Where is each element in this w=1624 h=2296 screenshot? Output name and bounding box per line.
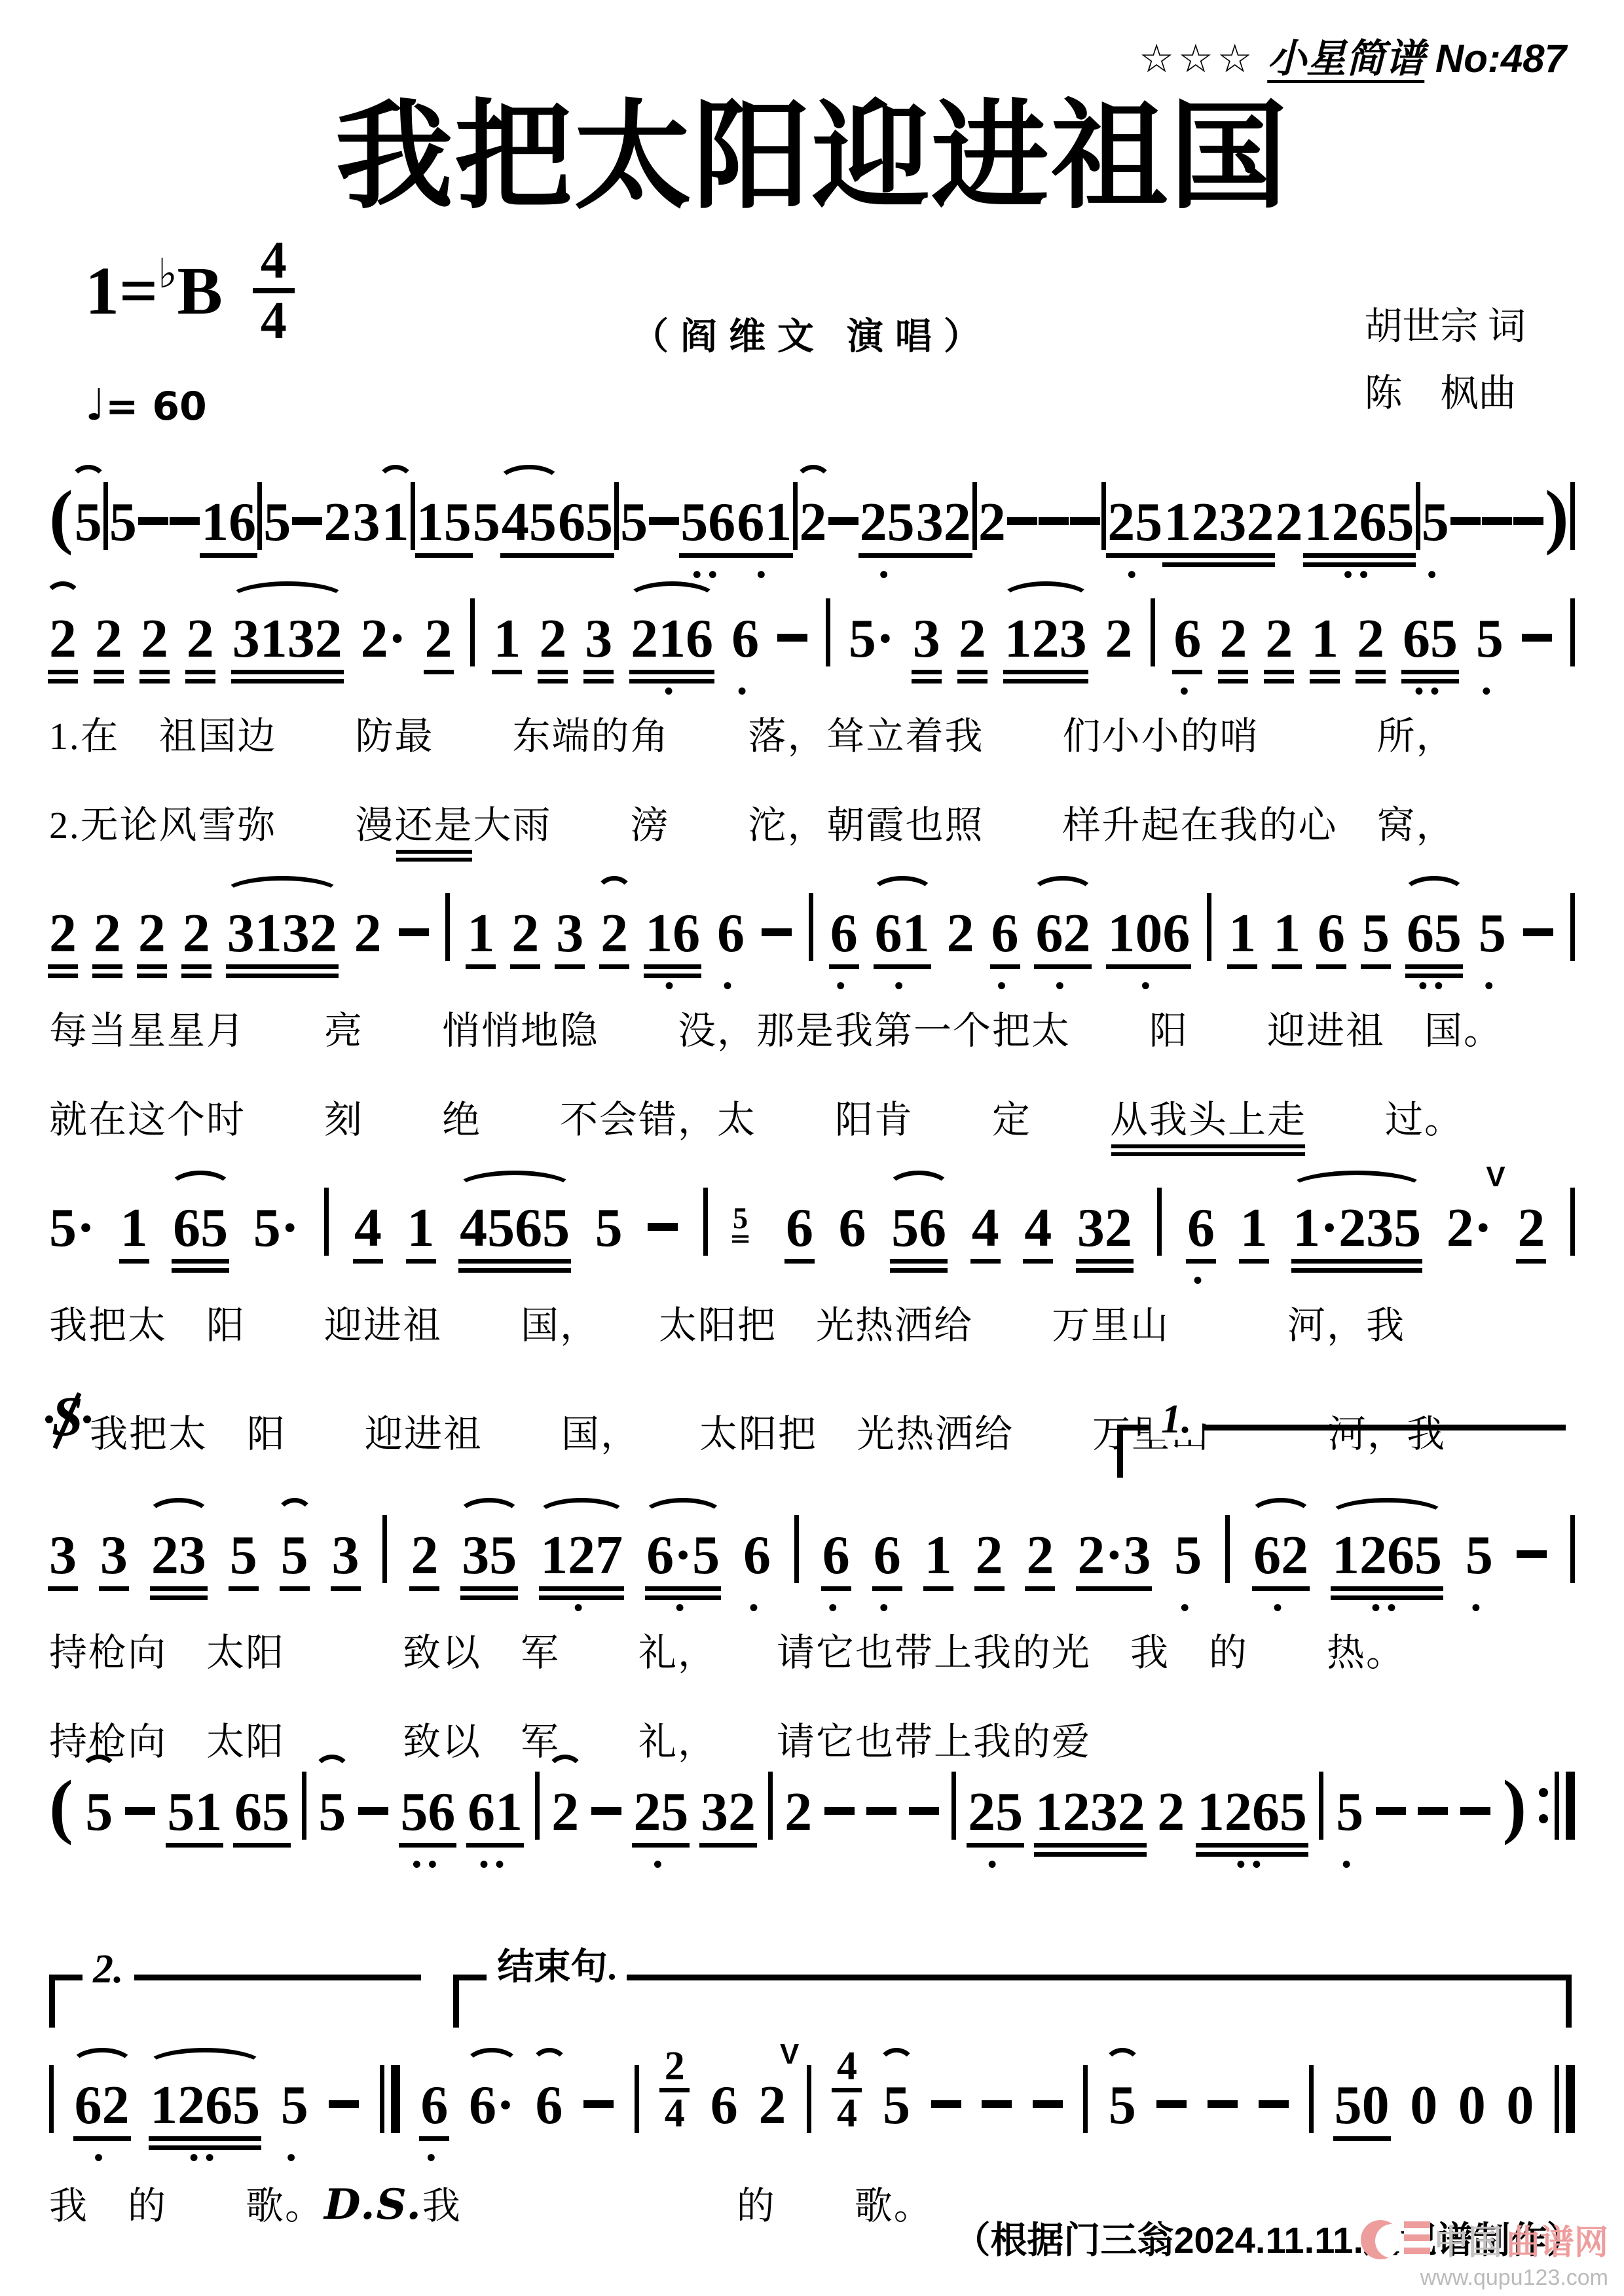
lyric-segment: 我把太 阳 迎进祖 国， 太阳把 光热洒给 万里山 河，我 (49, 1307, 1405, 1345)
notation-line: 5·1655·41456555665644326•11·2352·V2 (49, 1157, 1575, 1256)
beam-line (912, 679, 942, 683)
note-token: 1 (1228, 906, 1256, 961)
repeat-end-sign (1539, 1772, 1575, 1840)
note-token: 6• (874, 1528, 901, 1583)
note-token: 65•• (1403, 611, 1458, 666)
score-element (1566, 1772, 1575, 1840)
beam-line (1106, 553, 1164, 558)
watermark-url: www.qupu123.com (1361, 2265, 1608, 2291)
beam-line (1264, 670, 1294, 674)
lyric-segment: 从我头上走 (1110, 1101, 1306, 1139)
note-token: 2 (1517, 1201, 1545, 1256)
rest-dash (1070, 517, 1100, 525)
beam-line (1239, 1259, 1269, 1264)
barline (1570, 482, 1575, 550)
barline (1151, 598, 1155, 666)
beam-line (458, 1259, 571, 1264)
site-logo-bars-icon (1404, 2221, 1430, 2258)
site-watermark: 中国 曲谱网 www.qupu123.com (1361, 2215, 1608, 2291)
barline (807, 2065, 811, 2133)
beam-line (1106, 964, 1191, 969)
beam-line (557, 553, 614, 558)
octave-dots: • (731, 678, 759, 704)
volta-bracket: 2. (49, 1975, 421, 2028)
rest-dash (1156, 2100, 1187, 2108)
octave-dots: •• (1403, 678, 1458, 704)
rest-dash (931, 2100, 961, 2108)
tie-arc-icon (877, 2048, 915, 2085)
rest-dash (1007, 517, 1037, 525)
octave-dots: • (1187, 1267, 1215, 1294)
key-prefix: 1= (85, 252, 158, 330)
rest-dash (1039, 517, 1069, 525)
rest-dash (1208, 2100, 1238, 2108)
note-token: 2·V (1447, 1201, 1492, 1256)
note-token: 4 (972, 1201, 999, 1256)
note-token: 6 (839, 1201, 866, 1256)
beam-line (331, 1586, 361, 1591)
flat-icon: ♭ (158, 249, 177, 298)
notation-line: 222231322·2123216•6•5·3212326•221265••5• (49, 568, 1575, 666)
beam-line (1331, 1586, 1443, 1591)
note-token: 6 (536, 2078, 563, 2133)
note-token: 1232 (1164, 495, 1274, 550)
note-token: 2 (323, 495, 351, 550)
beam-line (137, 964, 167, 969)
repeat-dots (1539, 1772, 1548, 1840)
rest-dash (648, 1223, 678, 1231)
rest-dash (1523, 928, 1553, 936)
score-element (380, 2065, 384, 2133)
octave-dots: • (1174, 1595, 1202, 1621)
score-element (1555, 2065, 1559, 2133)
note-token: 123 (1005, 611, 1087, 666)
ts-bottom: 4 (837, 2094, 857, 2133)
octave-dots: • (1466, 1595, 1493, 1621)
note-token: 2 (138, 906, 166, 961)
key-letter: B (177, 252, 223, 330)
volta-bracket: 结束句. (453, 1975, 1571, 2028)
breath-mark-icon: V (780, 2040, 799, 2069)
score-element (1555, 1772, 1559, 1840)
note-token: 2 (1275, 495, 1302, 550)
barline (826, 598, 830, 666)
beam-line (1218, 670, 1248, 674)
lyric-line: 持枪向 太阳 致以 军 礼， 请它也带上我的光 我 的 热。 (49, 1634, 1575, 1672)
note-token: 5 (733, 1203, 748, 1233)
note-token: 2 (959, 611, 986, 666)
note-token: 5· (49, 1201, 95, 1256)
note-token: 62• (1253, 1528, 1308, 1583)
beam-line (1003, 670, 1088, 674)
music-system: (551652311554565556••61•225•32225•123221… (49, 452, 1575, 550)
music-system: 222231322·2123216•6•5·3212326•221265••5•… (49, 568, 1575, 845)
note-token: 1 (1311, 611, 1338, 666)
barline (470, 598, 475, 666)
beam-line (1023, 1259, 1053, 1264)
note-token: 3 (49, 1528, 77, 1583)
beam-line (233, 1843, 291, 1848)
beam-line (1218, 679, 1248, 683)
lyric-line: 我把太 阳 迎进祖 国， 太阳把 光热洒给 万里山 河，我 (49, 1307, 1575, 1345)
volta-bracket: 1. (1117, 1425, 1566, 1478)
beam-line (226, 964, 339, 969)
note-token: 5• (1479, 906, 1506, 961)
note-token: 6 (710, 2078, 738, 2133)
barline (614, 482, 619, 550)
note-token: 50 (1335, 2078, 1390, 2133)
beam-line (48, 974, 78, 978)
barline (1319, 1772, 1323, 1840)
note-token: 1·235 (1293, 1201, 1421, 1256)
beam-line (231, 670, 344, 674)
note-token: 1 (925, 1528, 952, 1583)
tie-arc-icon (222, 876, 342, 913)
barline (1207, 893, 1211, 961)
note-token: 5 (318, 1785, 346, 1840)
note-token: 2 (425, 611, 452, 666)
note-token: 2 (947, 906, 974, 961)
beam-line (599, 964, 629, 969)
beam-line (510, 964, 540, 969)
lyric-segment: 每当星星月 亮 悄悄地隐 没，那是我第一个把太 阳 迎进祖 国。 (49, 1012, 1503, 1050)
lyric-segment: 持枪向 太阳 致以 军 礼， 请它也带上我的光 我 的 热。 (49, 1634, 1405, 1672)
dal-segno-mark: D.S. (324, 2184, 422, 2226)
barline (1101, 482, 1106, 550)
note-token: 2·3 (1077, 1528, 1151, 1583)
note-token: 2 (354, 906, 382, 961)
note-token: 2 (49, 906, 77, 961)
note-token: 51 (167, 1785, 222, 1840)
tie-arc-icon (454, 1171, 575, 1207)
tie-arc-icon (546, 1755, 584, 1791)
octave-dots: •• (400, 1851, 455, 1878)
rest-dash (866, 1807, 896, 1815)
note-token: 2 (784, 1785, 812, 1840)
beam-line (1401, 670, 1459, 674)
rest-dash (649, 517, 679, 525)
segno-dot (45, 1415, 53, 1423)
barline (951, 1772, 956, 1840)
beam-line (149, 2136, 261, 2141)
time-signature: 4 4 (253, 236, 295, 346)
note-token: 1232 (1035, 1785, 1145, 1840)
tempo-equals: = (105, 384, 138, 429)
notation-line: (55165556••61••225•32225•123221265••5•) (49, 1741, 1575, 1840)
note-token: 2 (49, 611, 77, 666)
octave-dots: •• (1407, 973, 1462, 999)
meter-bottom: 4 (261, 296, 287, 346)
octave-dots: • (822, 1595, 850, 1621)
barline (635, 2065, 639, 2133)
rest-dash (1517, 1550, 1547, 1558)
beam-line (1034, 1852, 1147, 1857)
note-token: 2 (800, 495, 827, 550)
beam-line (150, 1586, 208, 1591)
rest-dash (1418, 1807, 1448, 1815)
tie-arc-icon (168, 1171, 233, 1207)
note-token: 4 (354, 1201, 382, 1256)
note-token: 1 (382, 495, 409, 550)
note-token: 127• (540, 1528, 623, 1583)
beam-line (226, 974, 339, 978)
tie-arc-icon (1401, 876, 1467, 913)
note-token: 6• (731, 611, 759, 666)
tie-arc-icon (227, 581, 348, 618)
beam-line (1316, 964, 1346, 969)
double-barline (1555, 2065, 1575, 2133)
beam-line (99, 1586, 129, 1591)
beam-line (172, 1268, 229, 1273)
note-token: 1265•• (1197, 1785, 1307, 1840)
beam-line (1076, 1268, 1134, 1273)
tie-arc-icon (1287, 1171, 1426, 1207)
beam-line (492, 670, 522, 674)
note-token: 2 (95, 611, 122, 666)
note-token: 0 (1458, 2078, 1486, 2133)
rest-dash (1450, 517, 1481, 525)
site-logo-icon (1361, 2220, 1400, 2259)
watermark-cn-gray: 中国 (1434, 2215, 1502, 2264)
note-token: 2 (600, 906, 628, 961)
note-token: 6• (991, 906, 1019, 961)
note-token: 5 (1109, 2078, 1136, 2133)
lyric-segment: 我 的 歌。 (49, 2187, 324, 2225)
tie-arc-icon (1103, 2048, 1141, 2085)
barline (49, 2065, 54, 2133)
tie-arc-icon (496, 465, 562, 501)
lyric-underline (396, 858, 472, 862)
note-token: 23 (151, 1528, 206, 1583)
music-system: (55165556••61••225•32225•123221265••5•) (49, 1741, 1575, 1840)
note-token: 62• (1035, 906, 1090, 961)
note-token: 1265•• (1332, 1528, 1442, 1583)
tie-arc-icon (44, 581, 82, 618)
note-token: 32 (1077, 1201, 1132, 1256)
octave-dots: • (1336, 1851, 1363, 1878)
tie-arc-icon (146, 1498, 212, 1535)
note-token: 2 (1026, 1528, 1054, 1583)
barline (1570, 598, 1575, 666)
beam-line (1291, 1268, 1422, 1273)
stars-icon: ☆☆☆ (1139, 37, 1256, 81)
beam-line (555, 964, 585, 969)
note-token: 2 (539, 611, 566, 666)
beam-line (415, 553, 473, 558)
beam-line (119, 1259, 149, 1264)
rest-dash (762, 928, 792, 936)
segno-icon: S (49, 1396, 86, 1447)
note-token: 6 (1318, 906, 1345, 961)
note-token: 16• (645, 906, 700, 961)
credits: 胡世宗 词 陈 枫曲 (1364, 293, 1526, 426)
note-token: 65 (558, 495, 613, 550)
note-token: 3 (556, 906, 583, 961)
rest-dash (777, 634, 807, 642)
octave-dots: • (420, 2145, 448, 2171)
beam-line (645, 1586, 721, 1591)
beam-line (1310, 670, 1340, 674)
barline (1570, 1515, 1575, 1583)
octave-dots: • (875, 973, 930, 999)
beam-line (629, 670, 714, 674)
barline (972, 482, 977, 550)
note-token: 2V (758, 2078, 786, 2133)
rest-dash (1460, 1807, 1490, 1815)
note-token: 65 (234, 1785, 289, 1840)
tie-arc-icon (1248, 1498, 1314, 1535)
beam-line (1162, 562, 1275, 567)
quarter-note-icon: ♩ (85, 380, 105, 430)
beam-line (644, 964, 701, 969)
beam-line (200, 553, 257, 558)
beam-line (185, 670, 215, 674)
note-token: 3132 (227, 906, 337, 961)
barline (1309, 2065, 1314, 2133)
note-token: 3 (913, 611, 940, 666)
beam-line (732, 1240, 748, 1243)
rest-dash (583, 2100, 614, 2108)
note-token: 5 (109, 495, 137, 550)
note-token: 2 (1357, 611, 1384, 666)
rest-dash (828, 517, 858, 525)
note-token: 5• (1476, 611, 1504, 666)
lyric-line: 每当星星月 亮 悄悄地隐 没，那是我第一个把太 阳 迎进祖 国。 (49, 1012, 1575, 1050)
octave-dots: • (1173, 678, 1201, 704)
octave-dots: • (75, 2145, 130, 2171)
octave-dots: • (281, 2145, 308, 2171)
volta-label: 2. (83, 1949, 134, 1990)
barline (324, 1188, 329, 1256)
octave-dots: •• (1197, 1851, 1307, 1878)
note-token: 3 (585, 611, 612, 666)
beam-line (181, 964, 212, 969)
tie-arc-icon (464, 2048, 520, 2085)
note-token: 2 (187, 611, 214, 666)
lyricist: 胡世宗 词 (1364, 293, 1526, 360)
beam-line (419, 2136, 449, 2141)
note-token: 1265•• (150, 2078, 260, 2133)
ts-top: 2 (665, 2047, 685, 2086)
inline-time-signature: 44 (832, 2047, 862, 2133)
notation-line: 3323553235127•6·5•6•6•6•1222·35•62•1265•… (49, 1485, 1575, 1583)
note-token: 61•• (468, 1785, 523, 1840)
octave-dots: •• (468, 1851, 523, 1878)
octave-dots: • (830, 973, 858, 999)
note-token: 62• (75, 2078, 130, 2133)
beam-line (181, 974, 212, 978)
note-token: 5· (849, 611, 895, 666)
beam-line (990, 964, 1020, 969)
volta-label: 1. (1151, 1399, 1202, 1440)
beam-line (632, 1843, 690, 1848)
beam-line (1186, 1259, 1216, 1264)
phrase-paren: ) (1502, 1772, 1526, 1840)
beam-line (409, 1586, 439, 1591)
lyric-line: 2.无论风雪弥 漫还是大雨 滂 沱，朝霞也照 样升起在我的心 窝， (49, 807, 1575, 845)
tie-arc-icon (1030, 876, 1096, 913)
beam-line (872, 1586, 902, 1591)
phrase-paren: ( (49, 1772, 73, 1840)
note-token: 25• (633, 1785, 688, 1840)
note-token: 2 (1265, 611, 1293, 666)
rest-dash (292, 517, 322, 525)
octave-dots: • (968, 1851, 1023, 1878)
note-token: 25• (860, 495, 915, 550)
note-token: 1 (407, 1201, 435, 1256)
beam-line (466, 964, 496, 969)
octave-dots: • (991, 973, 1019, 999)
octave-dots: • (1479, 973, 1506, 999)
beam-line (1076, 1259, 1134, 1264)
notation-line: 62•1265••5•6•6·62462V445550000 (49, 2035, 1575, 2133)
rest-dash (1522, 634, 1552, 642)
tie-arc-icon (886, 1171, 951, 1207)
barline (1570, 893, 1575, 961)
tie-arc-icon (530, 2048, 568, 2085)
barline (809, 893, 813, 961)
note-token: 0 (1410, 2078, 1437, 2133)
breath-mark-icon: V (1486, 1163, 1505, 1192)
beam-line (399, 1843, 456, 1848)
note-token: 5 (620, 495, 648, 550)
tempo-value: 60 (152, 384, 207, 429)
beam-line (1291, 1259, 1422, 1264)
tie-arc-icon (276, 1498, 314, 1535)
beam-line (1356, 670, 1386, 674)
octave-dots: • (743, 1595, 771, 1621)
composer: 陈 枫曲 (1364, 360, 1526, 427)
note-token: 6·5• (646, 1528, 720, 1583)
lyric-line: 就在这个时 刻 绝 不会错，太 阳肯 定 从我头上走 过。 (49, 1101, 1575, 1139)
beam-line (1361, 964, 1391, 969)
beam-line (460, 1586, 518, 1591)
beam-line (890, 1259, 948, 1264)
beam-line (1076, 1586, 1152, 1591)
note-token: 6• (822, 1528, 850, 1583)
beam-line (48, 670, 78, 674)
tie-arc-icon (313, 1755, 351, 1791)
rest-dash (1482, 517, 1512, 525)
note-token: 1 (493, 611, 521, 666)
note-token: 2 (1219, 611, 1247, 666)
beam-line (974, 1586, 1005, 1591)
rest-dash (125, 1807, 155, 1815)
beam-line (583, 670, 614, 674)
note-token: 56•• (400, 1785, 455, 1840)
beam-line (424, 670, 454, 674)
rest-dash (1033, 2100, 1063, 2108)
beam-line (1310, 679, 1340, 683)
song-title: 我把太阳迎进祖国 (0, 98, 1624, 216)
rest-dash (329, 2100, 359, 2108)
note-token: 216• (631, 611, 713, 666)
note-token: 6 (786, 1201, 813, 1256)
lyric-segment: 过。 (1306, 1101, 1464, 1139)
note-token: 2· (361, 611, 407, 666)
tie-arc-icon (69, 465, 107, 501)
lyric-underline (1111, 1152, 1305, 1156)
beam-line (73, 2136, 131, 2141)
beam-line (1303, 553, 1416, 558)
barline (1157, 1188, 1162, 1256)
score-element (1566, 2065, 1575, 2133)
octave-dots: • (646, 1595, 720, 1621)
beam-line (957, 679, 987, 683)
beam-line (466, 1843, 524, 1848)
beam-line (858, 553, 916, 558)
note-token: 4565 (460, 1201, 570, 1256)
